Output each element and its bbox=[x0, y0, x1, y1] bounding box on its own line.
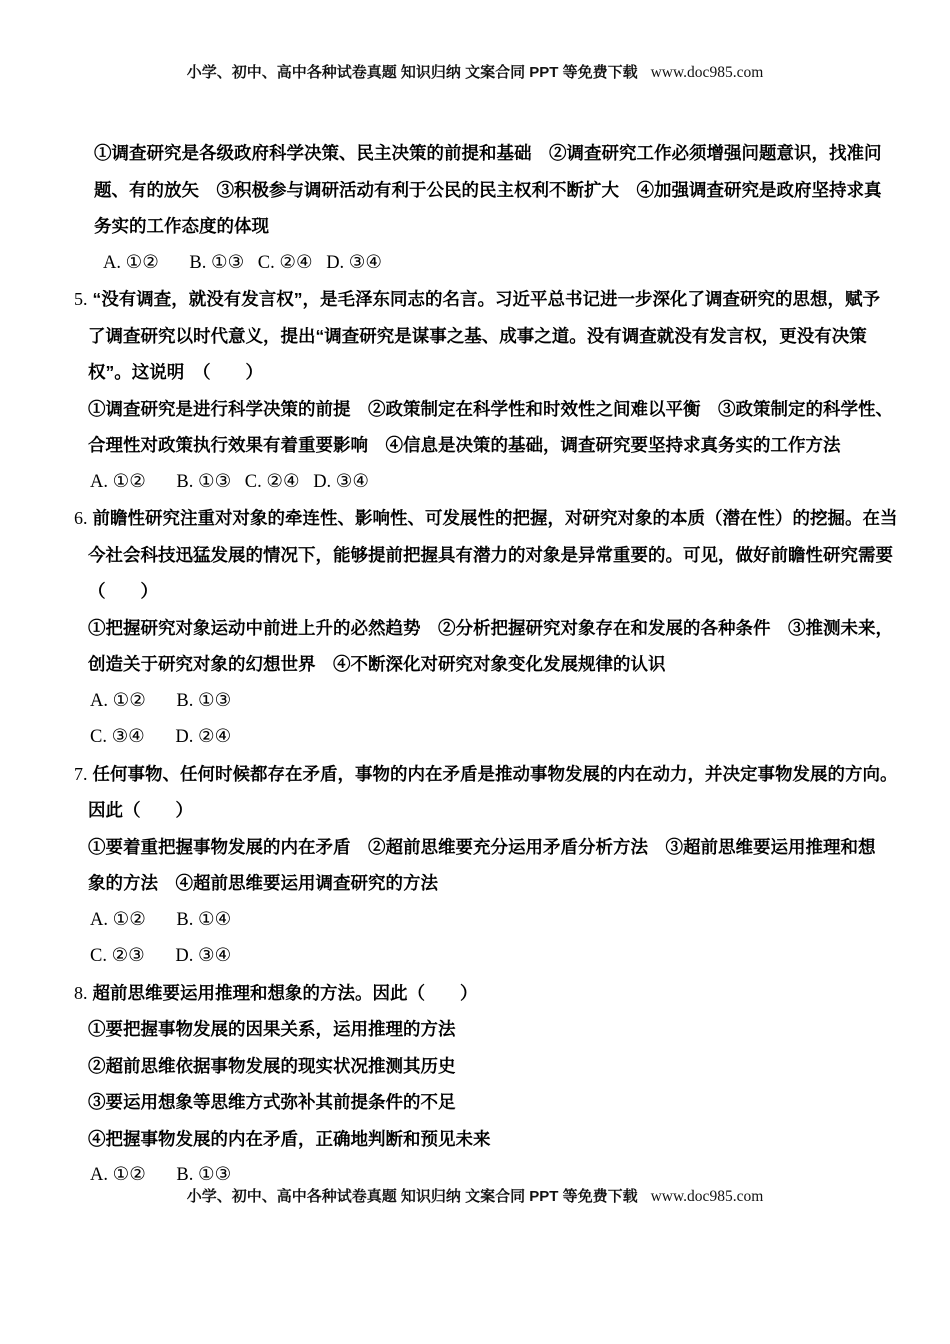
q4-choice-b: B. ①③ bbox=[189, 253, 244, 273]
q8-option-line-4: ④把握事物发展的内在矛盾，正确地判断和预见未来 bbox=[0, 1121, 950, 1158]
q7-choice-a: A. ①② bbox=[90, 910, 146, 930]
q5-answer-choices-row: A. ①② B. ①③ C. ②④ D. ③④ bbox=[0, 464, 950, 501]
question-6-block: 6.前瞻性研究注重对对象的牵连性、影响性、可发展性的把握，对研究对象的本质（潜在… bbox=[0, 500, 950, 756]
q5-number: 5. bbox=[74, 289, 88, 309]
q6-answer-choices-row-2: C. ③④ D. ②④ bbox=[0, 719, 950, 756]
q7-choice-b: B. ①④ bbox=[176, 910, 231, 930]
q5-stem-line-1: 5.“没有调查，就没有发言权”，是毛泽东同志的名言。习近平总书记进一步深化了调查… bbox=[0, 281, 950, 318]
q5-choice-c: C. ②④ bbox=[245, 472, 300, 492]
q6-choice-c: C. ③④ bbox=[90, 727, 145, 747]
q4-option-line-3: 务实的工作态度的体现 bbox=[0, 208, 950, 245]
q8-stem-text-1: 超前思维要运用推理和想象的方法。因此（ ） bbox=[93, 983, 478, 1003]
q7-stem-text-1: 任何事物、任何时候都存在矛盾，事物的内在矛盾是推动事物发展的内在动力，并决定事物… bbox=[93, 764, 898, 784]
footer-site-url: www.doc985.com bbox=[651, 1188, 764, 1205]
q6-option-line-2: 创造关于研究对象的幻想世界 ④不断深化对研究对象变化发展规律的认识 bbox=[0, 646, 950, 683]
q7-answer-choices-row-1: A. ①② B. ①④ bbox=[0, 902, 950, 939]
q5-choice-d: D. ③④ bbox=[313, 472, 369, 492]
q5-stem-line-3: 权”。这说明 （ ） bbox=[0, 354, 950, 391]
q4-option-line-1: ①调查研究是各级政府科学决策、民主决策的前提和基础 ②调查研究工作必须增强问题意… bbox=[0, 135, 950, 172]
q6-stem-line-2: 今社会科技迅猛发展的情况下，能够提前把握具有潜力的对象是异常重要的。可见，做好前… bbox=[0, 537, 950, 574]
q7-stem-line-2: 因此（ ） bbox=[0, 792, 950, 829]
q6-choice-b: B. ①③ bbox=[176, 691, 231, 711]
q6-stem-text-1: 前瞻性研究注重对对象的牵连性、影响性、可发展性的把握，对研究对象的本质（潜在性）… bbox=[93, 508, 898, 528]
q4-choice-a: A. ①② bbox=[103, 253, 159, 273]
q8-stem-line-1: 8.超前思维要运用推理和想象的方法。因此（ ） bbox=[0, 975, 950, 1012]
q5-choice-b: B. ①③ bbox=[176, 472, 231, 492]
page-footer: 小学、初中、高中各种试卷真题 知识归纳 文案合同 PPT 等免费下载www.do… bbox=[0, 1186, 950, 1208]
page-header: 小学、初中、高中各种试卷真题 知识归纳 文案合同 PPT 等免费下载www.do… bbox=[0, 62, 950, 84]
q7-choice-d: D. ③④ bbox=[175, 946, 231, 966]
q8-option-line-2: ②超前思维依据事物发展的现实状况推测其历史 bbox=[0, 1048, 950, 1085]
q7-stem-line-1: 7.任何事物、任何时候都存在矛盾，事物的内在矛盾是推动事物发展的内在动力，并决定… bbox=[0, 756, 950, 793]
q5-choice-a: A. ①② bbox=[90, 472, 146, 492]
header-site-url: www.doc985.com bbox=[651, 64, 764, 81]
q5-option-line-1: ①调查研究是进行科学决策的前提 ②政策制定在科学性和时效性之间难以平衡 ③政策制… bbox=[0, 391, 950, 428]
q6-option-line-1: ①把握研究对象运动中前进上升的必然趋势 ②分析把握研究对象存在和发展的各种条件 … bbox=[0, 610, 950, 647]
q7-answer-choices-row-2: C. ②③ D. ③④ bbox=[0, 938, 950, 975]
q6-stem-line-1: 6.前瞻性研究注重对对象的牵连性、影响性、可发展性的把握，对研究对象的本质（潜在… bbox=[0, 500, 950, 537]
q8-number: 8. bbox=[74, 983, 88, 1003]
question-7-block: 7.任何事物、任何时候都存在矛盾，事物的内在矛盾是推动事物发展的内在动力，并决定… bbox=[0, 756, 950, 975]
q8-choice-b: B. ①③ bbox=[176, 1165, 231, 1185]
q8-choice-a: A. ①② bbox=[90, 1165, 146, 1185]
question-4-options-block: ①调查研究是各级政府科学决策、民主决策的前提和基础 ②调查研究工作必须增强问题意… bbox=[0, 135, 950, 281]
q7-number: 7. bbox=[74, 764, 88, 784]
question-5-block: 5.“没有调查，就没有发言权”，是毛泽东同志的名言。习近平总书记进一步深化了调查… bbox=[0, 281, 950, 500]
footer-site-notice: 小学、初中、高中各种试卷真题 知识归纳 文案合同 PPT 等免费下载 bbox=[187, 1188, 638, 1205]
q4-choice-d: D. ③④ bbox=[326, 253, 382, 273]
q6-number: 6. bbox=[74, 508, 88, 528]
exam-content: ①调查研究是各级政府科学决策、民主决策的前提和基础 ②调查研究工作必须增强问题意… bbox=[0, 135, 950, 1194]
q4-choice-c: C. ②④ bbox=[258, 253, 313, 273]
q7-option-line-1: ①要着重把握事物发展的内在矛盾 ②超前思维要充分运用矛盾分析方法 ③超前思维要运… bbox=[0, 829, 950, 866]
header-site-notice: 小学、初中、高中各种试卷真题 知识归纳 文案合同 PPT 等免费下载 bbox=[187, 64, 638, 81]
q5-stem-line-2: 了调查研究以时代意义，提出“调查研究是谋事之基、成事之道。没有调查就没有发言权，… bbox=[0, 318, 950, 355]
q6-choice-a: A. ①② bbox=[90, 691, 146, 711]
question-8-block: 8.超前思维要运用推理和想象的方法。因此（ ） ①要把握事物发展的因果关系，运用… bbox=[0, 975, 950, 1194]
exam-document-page: 小学、初中、高中各种试卷真题 知识归纳 文案合同 PPT 等免费下载www.do… bbox=[0, 0, 950, 1344]
q7-choice-c: C. ②③ bbox=[90, 946, 145, 966]
q4-option-line-2: 题、有的放矢 ③积极参与调研活动有利于公民的民主权利不断扩大 ④加强调查研究是政… bbox=[0, 172, 950, 209]
q8-option-line-1: ①要把握事物发展的因果关系，运用推理的方法 bbox=[0, 1011, 950, 1048]
q4-answer-choices-row: A. ①② B. ①③ C. ②④ D. ③④ bbox=[0, 245, 950, 282]
q6-choice-d: D. ②④ bbox=[175, 727, 231, 747]
q7-option-line-2: 象的方法 ④超前思维要运用调查研究的方法 bbox=[0, 865, 950, 902]
q5-stem-text-1: “没有调查，就没有发言权”，是毛泽东同志的名言。习近平总书记进一步深化了调查研究… bbox=[93, 289, 881, 309]
q5-option-line-2: 合理性对政策执行效果有着重要影响 ④信息是决策的基础，调查研究要坚持求真务实的工… bbox=[0, 427, 950, 464]
q8-option-line-3: ③要运用想象等思维方式弥补其前提条件的不足 bbox=[0, 1084, 950, 1121]
q6-answer-choices-row-1: A. ①② B. ①③ bbox=[0, 683, 950, 720]
q6-stem-line-3: （ ） bbox=[0, 573, 950, 610]
